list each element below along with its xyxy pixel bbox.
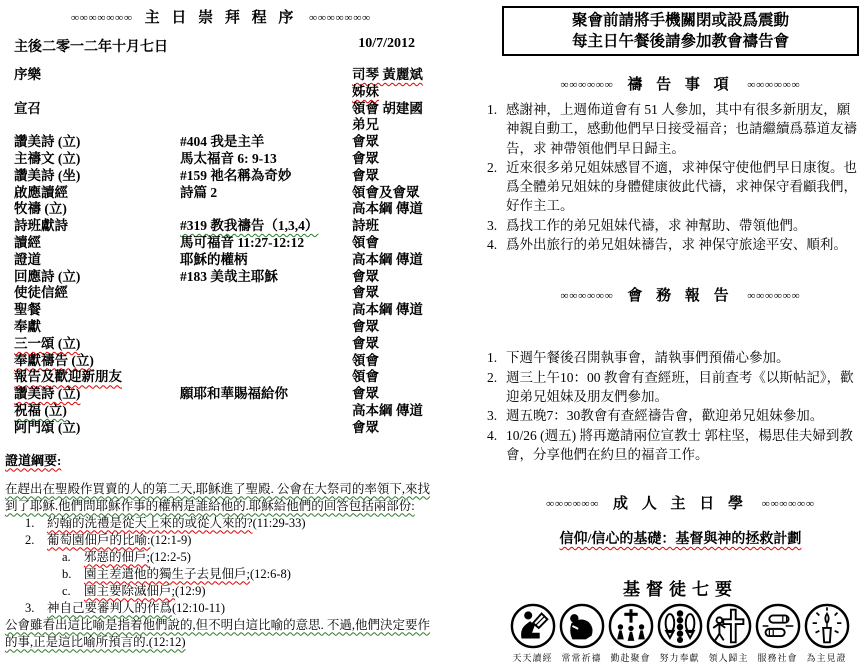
announcement-item-text: 10/26 (週五) 將再邀請兩位宣教士 郭柱坚，楊思佳夫婦到教會，分享他們在約… [506, 426, 859, 465]
essential-witness: 為主見證 [803, 603, 851, 662]
outline-item-text: 約翰的洗禮是從天上來的或從人來的? [47, 516, 253, 530]
announcement-item-text: 下週午餐後召開執事會，請執事們預備心參加。 [506, 348, 859, 367]
program-leader: 會眾 [352, 168, 437, 185]
prayer-item-text: 爲外出旅行的弟兄姐妹禱告，求 神保守旅途平安、順利。 [506, 235, 859, 254]
program-detail: 馬可福音 11:27-12:12 [180, 235, 352, 252]
program-detail [180, 369, 352, 386]
program-leader: 高本綱 傳道 [352, 403, 437, 420]
cross-leading-icon [706, 603, 752, 649]
program-row: 詩班獻詩 #319 教我禱告（1,3,4） 詩班 [14, 218, 437, 235]
prayer-section-title: 禱 告 事 項 [627, 77, 733, 93]
program-detail [180, 336, 352, 353]
program-row: 證道 耶穌的權柄 高本綱 傳道 [14, 252, 437, 269]
program-item: 詩班獻詩 [14, 218, 180, 235]
program-leader: 司琴 黃麗斌 姊妹 [352, 67, 437, 101]
notice-line-2: 每主日午餐後請參加教會禱告會 [508, 31, 853, 52]
program-item: 宣召 [14, 101, 180, 135]
program-leader: 會眾 [352, 319, 437, 336]
program-row: 奉獻禱告 (立) 領會 [14, 353, 437, 370]
announcement-item-number: 1. [487, 348, 506, 367]
program-detail [180, 101, 352, 135]
essential-label: 領人歸主 [705, 651, 753, 662]
outline-item: 2. 葡萄園佃戶的比喻:(12:1-9) [5, 532, 437, 549]
program-row: 讚美詩 (坐) #159 祂名稱為奇妙 會眾 [14, 168, 437, 185]
announcement-section-header: ∞∞∞∞∞∞ 會 務 報 告 ∞∞∞∞∞∞ [487, 284, 859, 305]
prayer-item: 1. 感謝神，上週佈道會有 51 人參加，其中有很多新朋友，願神親自動工，感動他… [487, 100, 859, 158]
outline-item-number: a. [62, 549, 84, 566]
outline-item: c. 園主要除滅佃戶;(12:9) [5, 583, 437, 600]
outline-item-number: b. [62, 566, 84, 583]
outline-item-text: 園主差遣他的獨生子去見佃戶; [84, 567, 250, 581]
prayer-item-number: 2. [487, 158, 506, 216]
program-row: 啟應讀經 詩篇 2 領會及會眾 [14, 185, 437, 202]
essential-label: 服務社會 [754, 651, 802, 662]
program-row: 讚美詩 (立) #404 我是主羊 會眾 [14, 134, 437, 151]
prayer-item: 3. 爲找工作的弟兄姐妹代禱，求 神幫助、帶領他們。 [487, 216, 859, 235]
program-row: 牧禱 (立) 高本綱 傳道 [14, 201, 437, 218]
candle-witness-icon [804, 603, 850, 649]
program-row: 阿門頌 (立) 會眾 [14, 420, 437, 437]
praying-icon [559, 603, 605, 649]
program-detail: 耶穌的權柄 [180, 252, 352, 269]
essential-label: 努力奉獻 [656, 651, 704, 662]
offering-icon [657, 603, 703, 649]
program-item: 牧禱 (立) [14, 201, 180, 218]
program-leader: 詩班 [352, 218, 437, 235]
announcement-item-text: 週五晚7：30教會有查經禱告會，歡迎弟兄姐妹參加。 [506, 406, 859, 425]
essential-serving: 服務社會 [754, 603, 802, 662]
outline-item-number: 3. [25, 600, 47, 617]
program-row: 使徒信經 會眾 [14, 285, 437, 302]
program-detail: #319 教我禱告（1,3,4） [180, 218, 352, 235]
program-leader: 領會 [352, 353, 437, 370]
prayer-item-number: 4. [487, 235, 506, 254]
program-detail: #183 美哉主耶穌 [180, 269, 352, 286]
program-row: 聖餐 高本綱 傳道 [14, 302, 437, 319]
scripture-reference: (12:10-11) [172, 601, 225, 615]
program-item: 證道 [14, 252, 180, 269]
program-item: 讚美詩 (坐) [14, 168, 180, 185]
sunday-school-topic: 信仰/信心的基礎：基督與神的拯救計劃 [487, 528, 859, 548]
prayer-section-header: ∞∞∞∞∞∞ 禱 告 事 項 ∞∞∞∞∞∞ [487, 73, 859, 94]
prayer-item-number: 3. [487, 216, 506, 235]
program-item: 奉獻禱告 (立) [14, 353, 180, 370]
swirl-ornament: ∞∞∞∞∞∞ [747, 290, 800, 302]
program-row: 主禱文 (立) 馬太福音 6: 9-13 會眾 [14, 151, 437, 168]
announcement-item-number: 4. [487, 426, 506, 465]
announcement-item-number: 2. [487, 368, 506, 407]
church-gathering-icon [608, 603, 654, 649]
outline-item: 1. 約翰的洗禮是從天上來的或從人來的?(11:29-33) [5, 515, 437, 532]
sunday-school-header: ∞∞∞∞∞∞ 成 人 主 日 學 ∞∞∞∞∞∞ [487, 492, 859, 513]
essential-label: 為主見證 [803, 651, 851, 662]
essential-offering: 努力奉獻 [656, 603, 704, 662]
program-title: 主 日 崇 拜 程 序 [145, 10, 298, 26]
program-leader: 領會 胡建國 弟兄 [352, 101, 437, 135]
outline-item-text: 葡萄園佃戶的比喻: [47, 533, 150, 547]
worship-program-table: 序樂 司琴 黃麗斌 姊妹 宣召 領會 胡建國 弟兄 讚美詩 (立) #404 我… [14, 67, 437, 437]
sunday-school-title: 成 人 主 日 學 [613, 496, 748, 512]
outline-item: b. 園主差遣他的獨生子去見佃戶;(12:6-8) [5, 566, 437, 583]
announcement-item-number: 3. [487, 406, 506, 425]
program-item: 聖餐 [14, 302, 180, 319]
worship-program-column: ∞∞∞∞∞∞∞ 主 日 崇 拜 程 序 ∞∞∞∞∞∞∞ 主後二零一二年十月七日 … [5, 6, 437, 651]
scripture-reference: (12:9) [175, 584, 206, 598]
program-leader: 領會 [352, 369, 437, 386]
sermon-outline-list: 1. 約翰的洗禮是從天上來的或從人來的?(11:29-33) 2. 葡萄園佃戶的… [5, 515, 437, 617]
program-detail: 願耶和華賜福給你 [180, 386, 352, 403]
program-row: 讀經 馬可福音 11:27-12:12 領會 [14, 235, 437, 252]
outline-item-text: 邪惡的佃戶; [84, 550, 150, 564]
seven-essentials-row: 天天讀經 常常祈禱 勤赴聚會 [487, 603, 859, 662]
program-leader: 會眾 [352, 420, 437, 437]
program-detail: 詩篇 2 [180, 185, 352, 202]
sermon-outline: 證道綱要: 在趕出在聖殿作買賣的人的第二天,耶穌進了聖殿. 公會在大祭司的率領下… [5, 452, 437, 651]
program-detail: #404 我是主羊 [180, 134, 352, 151]
program-title-row: ∞∞∞∞∞∞∞ 主 日 崇 拜 程 序 ∞∞∞∞∞∞∞ [5, 6, 437, 27]
serving-hands-icon [755, 603, 801, 649]
program-row: 讚美詩 (立) 願耶和華賜福給你 會眾 [14, 386, 437, 403]
program-leader: 高本綱 傳道 [352, 302, 437, 319]
program-leader: 領會及會眾 [352, 185, 437, 202]
program-detail [180, 319, 352, 336]
program-leader: 高本綱 傳道 [352, 201, 437, 218]
program-item: 使徒信經 [14, 285, 180, 302]
essential-label: 勤赴聚會 [607, 651, 655, 662]
program-item: 讚美詩 (立) [14, 386, 180, 403]
program-detail [180, 420, 352, 437]
prayer-item: 4. 爲外出旅行的弟兄姐妹禱告，求 神保守旅途平安、順利。 [487, 235, 859, 254]
program-item: 三一頌 (立) [14, 336, 180, 353]
program-leader: 會眾 [352, 134, 437, 151]
outline-item-text: 神自己要審判人的作爲 [47, 601, 172, 615]
program-leader: 會眾 [352, 269, 437, 286]
chain-ornament: ∞∞∞∞∞∞∞ [71, 12, 133, 24]
notice-line-1: 聚會前請將手機關閉或設爲震動 [508, 10, 853, 31]
program-row: 奉獻 會眾 [14, 319, 437, 336]
outline-item-number: 2. [25, 532, 47, 549]
seven-essentials-title: 基督徒七要 [487, 575, 859, 600]
announcement-item-text: 週三上午10：00 教會有查經班，目前查考《以斯帖記》，歡迎弟兄姐妹及朋友們參加… [506, 368, 859, 407]
program-item: 祝福 (立) [14, 403, 180, 420]
program-item: 阿門頌 (立) [14, 420, 180, 437]
program-leader: 會眾 [352, 336, 437, 353]
program-row: 回應詩 (立) #183 美哉主耶穌 會眾 [14, 269, 437, 286]
program-detail [180, 201, 352, 218]
program-item: 讀經 [14, 235, 180, 252]
swirl-ornament: ∞∞∞∞∞∞ [762, 498, 815, 510]
bible-reading-icon [510, 603, 556, 649]
program-item: 啟應讀經 [14, 185, 180, 202]
announcement-section-title: 會 務 報 告 [627, 288, 733, 304]
program-leader: 會眾 [352, 386, 437, 403]
program-row: 三一頌 (立) 會眾 [14, 336, 437, 353]
swirl-ornament: ∞∞∞∞∞∞ [546, 498, 599, 510]
prayer-item-text: 爲找工作的弟兄姐妹代禱，求 神幫助、帶領他們。 [506, 216, 859, 235]
prayer-item-text: 感謝神，上週佈道會有 51 人參加，其中有很多新朋友，願神親自動工，感動他們早日… [506, 100, 859, 158]
outline-item: a. 邪惡的佃戶;(12:2-5) [5, 549, 437, 566]
program-item: 回應詩 (立) [14, 269, 180, 286]
program-detail [180, 67, 352, 101]
scripture-reference: (12:6-8) [250, 567, 291, 581]
essential-label: 常常祈禱 [558, 651, 606, 662]
announcement-item: 4. 10/26 (週五) 將再邀請兩位宣教士 郭柱坚，楊思佳夫婦到教會，分享他… [487, 426, 859, 465]
essential-gathering: 勤赴聚會 [607, 603, 655, 662]
program-detail [180, 285, 352, 302]
essential-praying: 常常祈禱 [558, 603, 606, 662]
program-row: 祝福 (立) 高本綱 傳道 [14, 403, 437, 420]
outline-item-text: 園主要除滅佃戶; [84, 584, 175, 598]
sermon-outline-intro: 在趕出在聖殿作買賣的人的第二天,耶穌進了聖殿. 公會在大祭司的率領下,來找到了耶… [5, 481, 437, 515]
program-row: 序樂 司琴 黃麗斌 姊妹 [14, 67, 437, 101]
chinese-date: 主後二零一二年十月七日 [14, 36, 168, 56]
essential-leading: 領人歸主 [705, 603, 753, 662]
outline-item: 3. 神自己要審判人的作爲(12:10-11) [5, 600, 437, 617]
outline-item-number: 1. [25, 515, 47, 532]
announcement-item: 1. 下週午餐後召開執事會，請執事們預備心參加。 [487, 348, 859, 367]
program-item: 序樂 [14, 67, 180, 101]
announcement-item: 3. 週五晚7：30教會有查經禱告會，歡迎弟兄姐妹參加。 [487, 406, 859, 425]
sermon-outline-closing: 公會雖看出這比喻是指着他們說的,但不明白這比喻的意思. 不過,他們決定要作的事,… [5, 617, 437, 651]
date-row: 主後二零一二年十月七日 10/7/2012 [14, 36, 415, 56]
program-item: 奉獻 [14, 319, 180, 336]
chain-ornament: ∞∞∞∞∞∞∞ [309, 12, 371, 24]
announcements-column: 聚會前請將手機關閉或設爲震動 每主日午餐後請參加教會禱告會 ∞∞∞∞∞∞ 禱 告… [487, 6, 859, 662]
program-item: 報告及歡迎新朋友 [14, 369, 180, 386]
western-date: 10/7/2012 [358, 36, 415, 56]
program-row: 宣召 領會 胡建國 弟兄 [14, 101, 437, 135]
swirl-ornament: ∞∞∞∞∞∞ [561, 290, 614, 302]
scripture-reference: (12:1-9) [150, 533, 191, 547]
program-leader: 高本綱 傳道 [352, 252, 437, 269]
program-detail [180, 302, 352, 319]
program-leader: 領會 [352, 235, 437, 252]
program-item: 主禱文 (立) [14, 151, 180, 168]
program-item: 讚美詩 (立) [14, 134, 180, 151]
announcement-list: 1. 下週午餐後召開執事會，請執事們預備心參加。 2. 週三上午10：00 教會… [487, 348, 859, 464]
scripture-reference: (11:29-33) [253, 516, 306, 530]
swirl-ornament: ∞∞∞∞∞∞ [561, 79, 614, 91]
program-leader: 會眾 [352, 151, 437, 168]
program-leader: 會眾 [352, 285, 437, 302]
prayer-item: 2. 近來很多弟兄姐妹感冒不適，求神保守使他們早日康復。也爲全體弟兄姐妹的身體健… [487, 158, 859, 216]
outline-item-number: c. [62, 583, 84, 600]
announcement-item: 2. 週三上午10：00 教會有查經班，目前查考《以斯帖記》，歡迎弟兄姐妹及朋友… [487, 368, 859, 407]
program-detail: #159 祂名稱為奇妙 [180, 168, 352, 185]
swirl-ornament: ∞∞∞∞∞∞ [747, 79, 800, 91]
notice-box: 聚會前請將手機關閉或設爲震動 每主日午餐後請參加教會禱告會 [502, 6, 859, 56]
program-detail [180, 353, 352, 370]
essential-label: 天天讀經 [509, 651, 557, 662]
program-detail: 馬太福音 6: 9-13 [180, 151, 352, 168]
prayer-list: 1. 感謝神，上週佈道會有 51 人參加，其中有很多新朋友，願神親自動工，感動他… [487, 100, 859, 254]
program-detail [180, 403, 352, 420]
prayer-item-text: 近來很多弟兄姐妹感冒不適，求神保守使他們早日康復。也爲全體弟兄姐妹的身體健康彼此… [506, 158, 859, 216]
essential-bible-reading: 天天讀經 [509, 603, 557, 662]
prayer-item-number: 1. [487, 100, 506, 158]
scripture-reference: (12:2-5) [150, 550, 191, 564]
program-row: 報告及歡迎新朋友 領會 [14, 369, 437, 386]
sermon-outline-heading: 證道綱要: [5, 452, 61, 469]
